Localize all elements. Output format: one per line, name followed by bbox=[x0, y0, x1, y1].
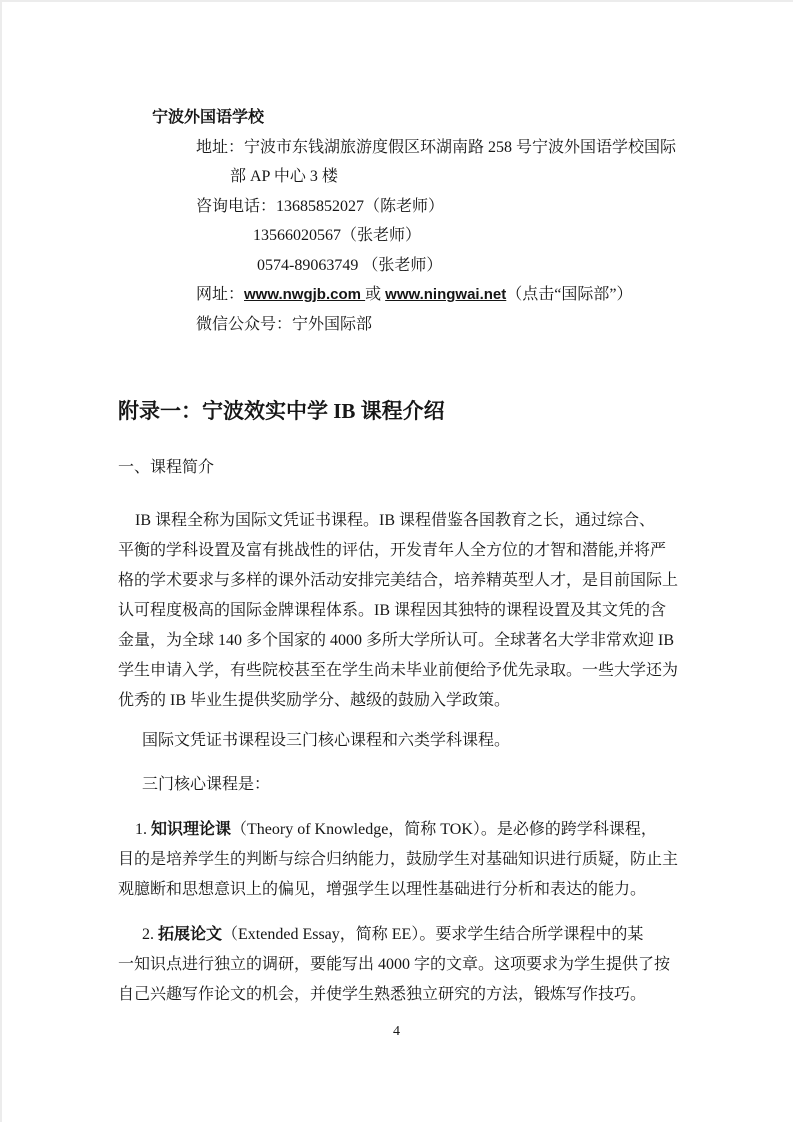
address-line: 地址：宁波市东钱湖旅游度假区环湖南路 258 号宁波外国语学校国际 bbox=[196, 133, 793, 163]
core-item-2-title: 拓展论文 bbox=[158, 926, 222, 943]
phone-number-1: 13685852027（陈老师） bbox=[276, 198, 444, 215]
phone-label: 咨询电话： bbox=[196, 198, 276, 215]
appendix-title: 附录一：宁波效实中学 IB 课程介绍 bbox=[118, 398, 793, 424]
wechat-account: 宁外国际部 bbox=[292, 316, 372, 333]
intro-line-4: 认可程度极高的国际金牌课程体系。IB 课程因其独特的课程设置及其文凭的含 bbox=[118, 596, 678, 626]
core-summary-line: 国际文凭证书课程设三门核心课程和六类学科课程。 bbox=[118, 726, 678, 756]
core-item-1-line-2: 目的是培养学生的判断与综合归纳能力，鼓励学生对基础知识进行质疑，防止主 bbox=[118, 845, 678, 875]
core-item-1-title: 知识理论课 bbox=[151, 821, 231, 838]
address-value: 宁波市东钱湖旅游度假区环湖南路 258 号宁波外国语学校国际 bbox=[244, 139, 676, 156]
core-item-1-number: 1. bbox=[135, 821, 151, 838]
intro-line-3: 格的学术要求与多样的课外活动安排完美结合，培养精英型人才，是目前国际上 bbox=[118, 566, 678, 596]
core-item-2-number: 2. bbox=[142, 926, 158, 943]
contact-block: 宁波外国语学校 地址：宁波市东钱湖旅游度假区环湖南路 258 号宁波外国语学校国… bbox=[118, 103, 793, 339]
page-number: 4 bbox=[393, 1024, 400, 1039]
address-label: 地址： bbox=[196, 139, 244, 156]
intro-line-6: 学生申请入学，有些院校甚至在学生尚未毕业前便给予优先录取。一些大学还为 bbox=[118, 656, 678, 686]
wechat-line: 微信公众号：宁外国际部 bbox=[196, 310, 793, 340]
core-list-lead-paragraph: 三门核心课程是： bbox=[118, 770, 678, 800]
website-link-nwgjb[interactable]: www.nwgjb.com bbox=[244, 286, 365, 303]
core-summary-paragraph: 国际文凭证书课程设三门核心课程和六类学科课程。 bbox=[118, 726, 678, 756]
section-title: 一、课程简介 bbox=[118, 459, 793, 477]
website-line: 网址：www.nwgjb.com 或 www.ningwai.net（点击“国际… bbox=[196, 280, 793, 310]
intro-paragraph: IB 课程全称为国际文凭证书课程。IB 课程借鉴各国教育之长，通过综合、 平衡的… bbox=[118, 506, 678, 716]
school-name: 宁波外国语学校 bbox=[152, 103, 793, 133]
core-list-lead-line: 三门核心课程是： bbox=[118, 770, 678, 800]
wechat-label: 微信公众号： bbox=[196, 316, 292, 333]
page-footer: 4 bbox=[0, 1022, 793, 1042]
phone-line-3: 0574-89063749 （张老师） bbox=[257, 251, 793, 281]
core-item-1-text: （Theory of Knowledge，简称 TOK）。是必修的跨学科课程， bbox=[231, 821, 657, 838]
intro-line-1: IB 课程全称为国际文凭证书课程。IB 课程借鉴各国教育之长，通过综合、 bbox=[118, 506, 678, 536]
website-or-text: 或 bbox=[365, 286, 385, 303]
core-item-2-line-1: 2. 拓展论文（Extended Essay，简称 EE）。要求学生结合所学课程… bbox=[118, 920, 678, 950]
core-item-1: 1. 知识理论课（Theory of Knowledge，简称 TOK）。是必修… bbox=[118, 815, 678, 905]
core-item-1-line-1: 1. 知识理论课（Theory of Knowledge，简称 TOK）。是必修… bbox=[118, 815, 678, 845]
document-page: 宁波外国语学校 地址：宁波市东钱湖旅游度假区环湖南路 258 号宁波外国语学校国… bbox=[0, 0, 793, 1122]
address-line-2: 部 AP 中心 3 楼 bbox=[230, 162, 793, 192]
phone-line-2: 13566020567（张老师） bbox=[253, 221, 793, 251]
core-item-2-line-3: 自己兴趣写作论文的机会，并使学生熟悉独立研究的方法，锻炼写作技巧。 bbox=[118, 980, 678, 1010]
website-link-ningwai[interactable]: www.ningwai.net bbox=[385, 286, 506, 303]
core-item-2-text: （Extended Essay，简称 EE）。要求学生结合所学课程中的某 bbox=[222, 926, 643, 943]
core-item-1-line-3: 观臆断和思想意识上的偏见，增强学生以理性基础进行分析和表达的能力。 bbox=[118, 875, 678, 905]
phone-line-1: 咨询电话：13685852027（陈老师） bbox=[196, 192, 793, 222]
intro-line-5: 金量，为全球 140 多个国家的 4000 多所大学所认可。全球著名大学非常欢迎… bbox=[118, 626, 678, 656]
intro-line-2: 平衡的学科设置及富有挑战性的评估，开发青年人全方位的才智和潜能,并将严 bbox=[118, 536, 678, 566]
intro-line-7: 优秀的 IB 毕业生提供奖励学分、越级的鼓励入学政策。 bbox=[118, 686, 678, 716]
website-suffix: （点击“国际部”） bbox=[506, 286, 632, 303]
core-item-2-line-2: 一知识点进行独立的调研，要能写出 4000 字的文章。这项要求为学生提供了按 bbox=[118, 950, 678, 980]
core-item-2: 2. 拓展论文（Extended Essay，简称 EE）。要求学生结合所学课程… bbox=[118, 920, 678, 1010]
website-label: 网址： bbox=[196, 286, 244, 303]
